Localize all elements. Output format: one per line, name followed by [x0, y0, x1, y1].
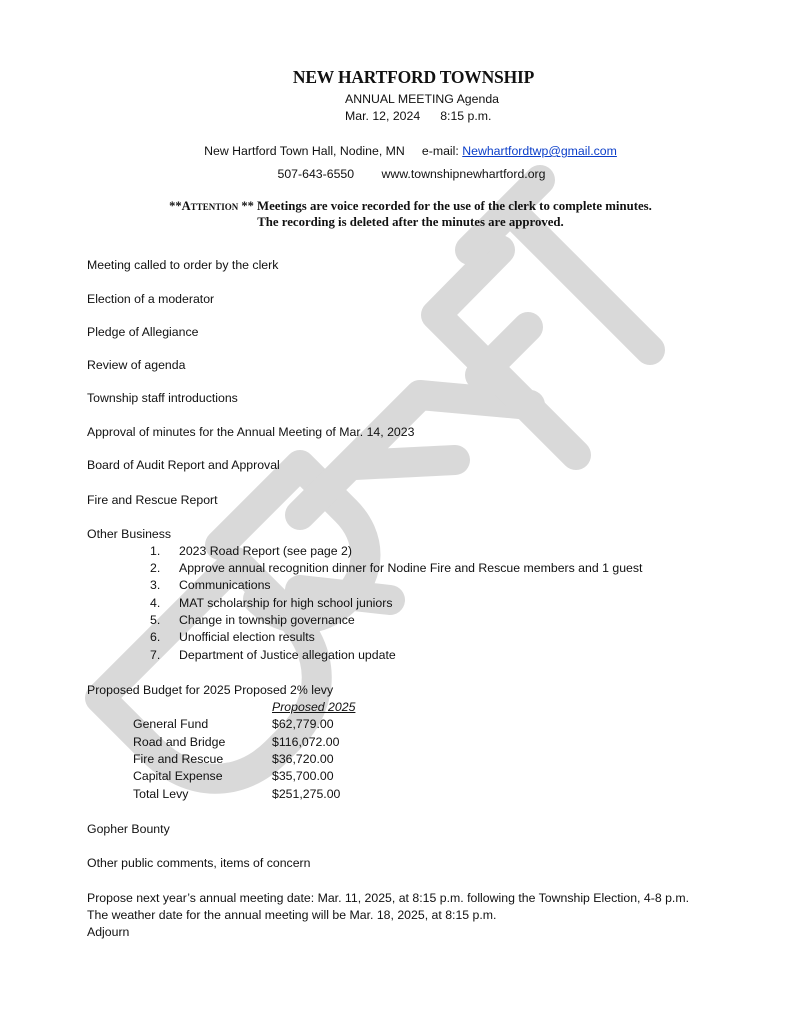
budget-row: Road and Bridge$116,072.00: [133, 735, 339, 749]
contact-line: New Hartford Town Hall, Nodine, MN e-mai…: [0, 144, 791, 158]
meeting-datetime: Mar. 12, 20248:15 p.m.: [345, 109, 491, 123]
other-business-item: 4.MAT scholarship for high school junior…: [150, 596, 392, 610]
agenda-item: Review of agenda: [87, 358, 185, 372]
email-link[interactable]: Newhartfordtwp@gmail.com: [462, 144, 617, 158]
agenda-item-gopher-bounty: Gopher Bounty: [87, 822, 170, 836]
attention-line-1: Meetings are voice recorded for the use …: [254, 199, 652, 213]
meeting-subtitle: ANNUAL MEETING Agenda: [345, 92, 499, 106]
other-business-item: 2.Approve annual recognition dinner for …: [150, 561, 642, 575]
other-business-item: 1.2023 Road Report (see page 2): [150, 544, 352, 558]
weather-date: The weather date for the annual meeting …: [87, 908, 496, 922]
agenda-item: Fire and Rescue Report: [87, 493, 218, 507]
budget-heading: Proposed Budget for 2025 Proposed 2% lev…: [87, 683, 333, 697]
attention-prefix: **Attention **: [169, 199, 254, 213]
budget-row-total: Total Levy$251,275.00: [133, 787, 340, 801]
budget-row: Fire and Rescue$36,720.00: [133, 752, 334, 766]
meeting-time: 8:15 p.m.: [440, 109, 491, 123]
township-title: NEW HARTFORD TOWNSHIP: [0, 67, 791, 88]
phone: 507-643-6550: [278, 167, 355, 181]
budget-column-header: Proposed 2025: [272, 700, 355, 714]
other-business-item: 5.Change in township governance: [150, 613, 355, 627]
agenda-item: Board of Audit Report and Approval: [87, 458, 280, 472]
budget-row: General Fund$62,779.00: [133, 717, 334, 731]
other-business-item: 3.Communications: [150, 578, 271, 592]
agenda-document: NEW HARTFORD TOWNSHIP ANNUAL MEETING Age…: [0, 0, 791, 1024]
agenda-item: Pledge of Allegiance: [87, 325, 198, 339]
agenda-item: Township staff introductions: [87, 391, 238, 405]
adjourn: Adjourn: [87, 925, 129, 939]
agenda-item: Election of a moderator: [87, 292, 214, 306]
agenda-item: Meeting called to order by the clerk: [87, 258, 278, 272]
website: www.townshipnewhartford.org: [381, 167, 545, 181]
attention-line-2: The recording is deleted after the minut…: [0, 215, 791, 230]
budget-row: Capital Expense$35,700.00: [133, 769, 334, 783]
agenda-item: Approval of minutes for the Annual Meeti…: [87, 425, 414, 439]
agenda-item-other-business: Other Business: [87, 527, 171, 541]
agenda-item-public-comments: Other public comments, items of concern: [87, 856, 310, 870]
other-business-item: 6.Unofficial election results: [150, 630, 315, 644]
email-label: e-mail:: [422, 144, 459, 158]
next-meeting-proposal: Propose next year’s annual meeting date:…: [87, 891, 689, 905]
meeting-date: Mar. 12, 2024: [345, 109, 420, 123]
attention-notice: **Attention ** Meetings are voice record…: [0, 199, 791, 214]
other-business-item: 7.Department of Justice allegation updat…: [150, 648, 396, 662]
location: New Hartford Town Hall, Nodine, MN: [204, 144, 405, 158]
phone-website-line: 507-643-6550 www.townshipnewhartford.org: [0, 167, 791, 181]
